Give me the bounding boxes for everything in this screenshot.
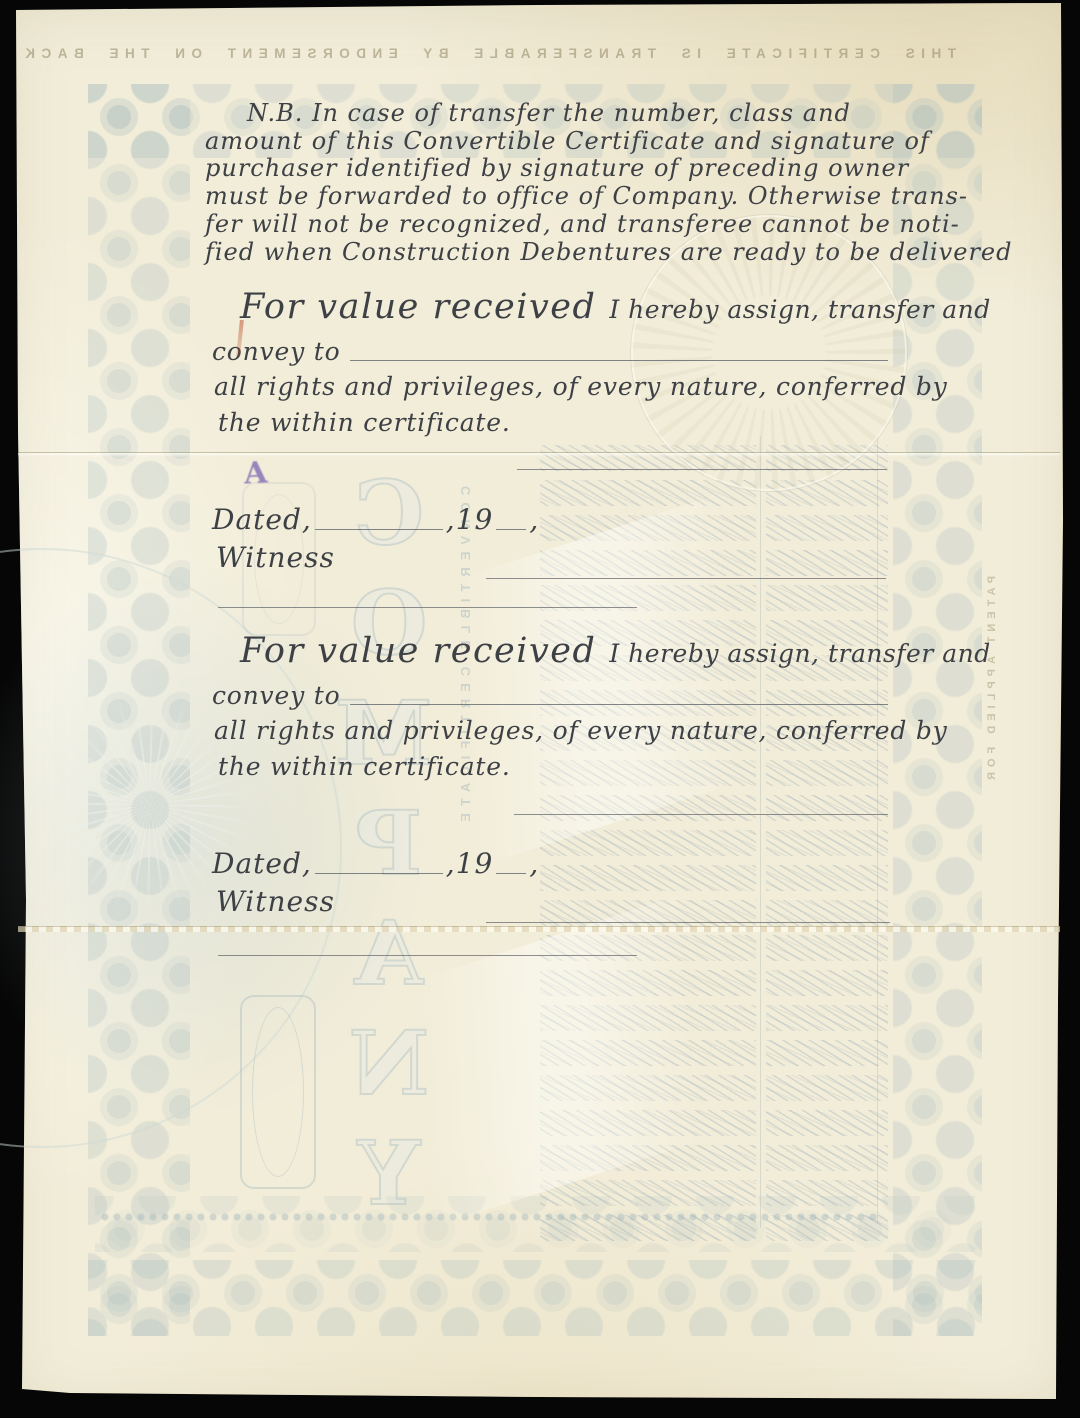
signature-blank-line [514,814,888,815]
notice-line: amount of this Convertible Certificate a… [205,128,1012,156]
convey-to-label: convey to [212,337,340,366]
closing-line: the within certificate. [218,752,511,781]
convey-to-row: convey to [212,336,888,366]
assignment-lead-line: For value received I hereby assign, tran… [240,631,991,671]
purple-ink-stamp: A [243,455,268,491]
transfer-notice-paragraph: N.B. In case of transfer the number, cla… [205,100,1012,266]
year-blank-line [496,851,526,874]
date-blank-line [315,851,443,874]
assignee-name-blank-line [350,680,888,705]
for-value-received-text: For value received [240,287,596,327]
trailing-comma: , [529,847,539,880]
assign-transfer-text: I hereby assign, transfer and [609,639,990,668]
year-blank-line [496,507,526,530]
convey-to-row: convey to [212,680,888,710]
year-prefix: ,19 [446,847,494,880]
fold-crease-lower [18,926,1060,932]
witness-label: Witness [216,541,335,574]
convey-to-label: convey to [212,681,340,710]
notice-line: fer will not be recognized, and transfer… [205,211,1012,239]
notice-line: must be forwarded to office of Company. … [205,183,1012,211]
assignee-name-blank-line [350,336,888,361]
trailing-comma: , [529,503,539,536]
fold-crease-upper [18,452,1060,457]
notice-line: purchaser identified by signature of pre… [205,155,1012,183]
notice-line: fied when Construction Debentures are re… [205,239,1012,267]
year-prefix: ,19 [446,503,494,536]
dated-label: Dated, [212,847,312,880]
closing-line: the within certificate. [218,408,511,437]
notice-line: N.B. In case of transfer the number, cla… [205,100,1012,128]
witness-signature-blank-line [486,578,886,579]
rights-line: all rights and privileges, of every natu… [214,716,948,745]
for-value-received-text: For value received [240,631,596,671]
assign-transfer-text: I hereby assign, transfer and [609,295,990,324]
separator-line [218,607,637,608]
dated-label: Dated, [212,503,312,536]
assignment-lead-line: For value received I hereby assign, tran… [240,287,991,327]
printed-text-layer: N.B. In case of transfer the number, cla… [0,0,1080,1418]
photo-stage: THIS CERTIFICATE IS TRANSFERABLE BY ENDO… [0,0,1080,1418]
dated-row: Dated, ,19 , [212,503,539,536]
rights-line: all rights and privileges, of every natu… [214,372,948,401]
separator-line [218,955,637,956]
witness-signature-blank-line [486,922,890,923]
witness-label: Witness [216,885,335,918]
dated-row: Dated, ,19 , [212,847,539,880]
signature-blank-line [517,469,887,470]
date-blank-line [315,507,443,530]
